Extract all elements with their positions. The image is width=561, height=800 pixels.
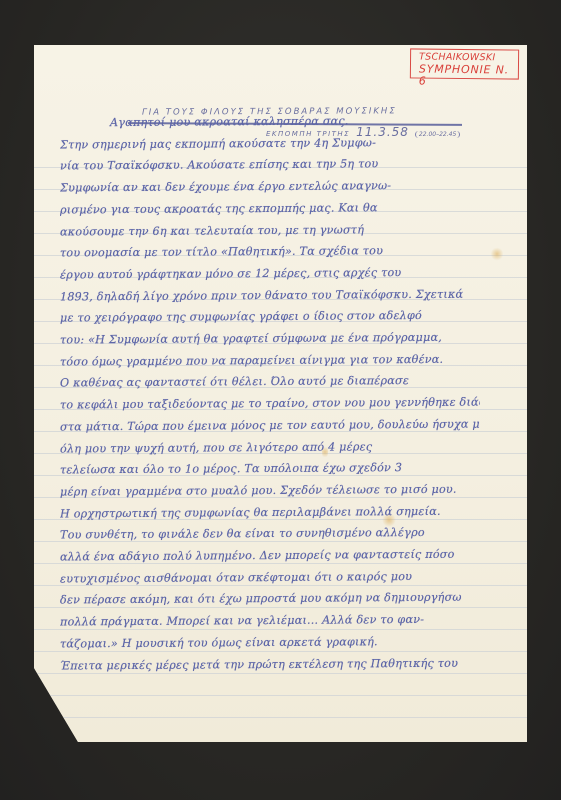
body-line: Αγαπητοί μου ακροαταί καλησπέρα σας. (60, 110, 480, 135)
body-line: Του συνθέτη, το φινάλε δεν θα είναι το σ… (60, 522, 480, 547)
body-line: μέρη είναι γραμμένα στο μυαλό μου. Σχεδό… (60, 478, 480, 503)
body-line: τελείωσα και όλο το 1ο μέρος. Τα υπόλοιπ… (60, 457, 480, 482)
body-line: δεν πέρασε ακόμη, και ότι έχω μπροστά μο… (60, 587, 480, 612)
body-line: νία του Τσαϊκόφσκυ. Ακούσατε επίσης και … (60, 153, 480, 178)
ruled-line (34, 717, 527, 718)
body-line: πολλά πράγματα. Μπορεί και να γελιέμαι..… (60, 609, 480, 634)
body-line: ρισμένο για τους ακροατάς της εκπομπής μ… (60, 196, 480, 221)
body-line: Ο καθένας ας φανταστεί ότι θέλει. Όλο αυ… (60, 370, 480, 395)
body-line: του: «Η Συμφωνία αυτή θα γραφτεί σύμφωνα… (60, 327, 480, 352)
red-title-stamp: TSCHAIKOWSKI SYMPHONIE N. 6 (410, 48, 519, 79)
stain-mark (491, 247, 503, 261)
body-line: Έπειτα μερικές μέρες μετά την πρώτη εκτέ… (60, 652, 480, 677)
body-line: έργου αυτού γράφτηκαν μόνο σε 12 μέρες, … (60, 261, 480, 286)
ruled-line (34, 695, 527, 696)
body-line: το κεφάλι μου ταξιδεύοντας με το τραίνο,… (60, 392, 480, 417)
body-line: αλλά ένα αδάγιο πολύ λυπημένο. Δεν μπορε… (60, 544, 480, 569)
letter-body: Αγαπητοί μου ακροαταί καλησπέρα σας. Στη… (60, 111, 480, 675)
body-line: Συμφωνία αν και δεν έχουμε ένα έργο εντε… (60, 175, 480, 200)
body-line: στα μάτια. Τώρα που έμεινα μόνος με τον … (60, 413, 480, 438)
stamp-work: SYMPHONIE N. 6 (419, 64, 518, 89)
body-line: του ονομασία με τον τίτλο «Παθητική». Τα… (60, 240, 480, 265)
body-line: με το χειρόγραφο της συμφωνίας γράφει ο … (60, 305, 480, 330)
body-line: τάζομαι.» Η μουσική του όμως είναι αρκετ… (60, 630, 480, 655)
